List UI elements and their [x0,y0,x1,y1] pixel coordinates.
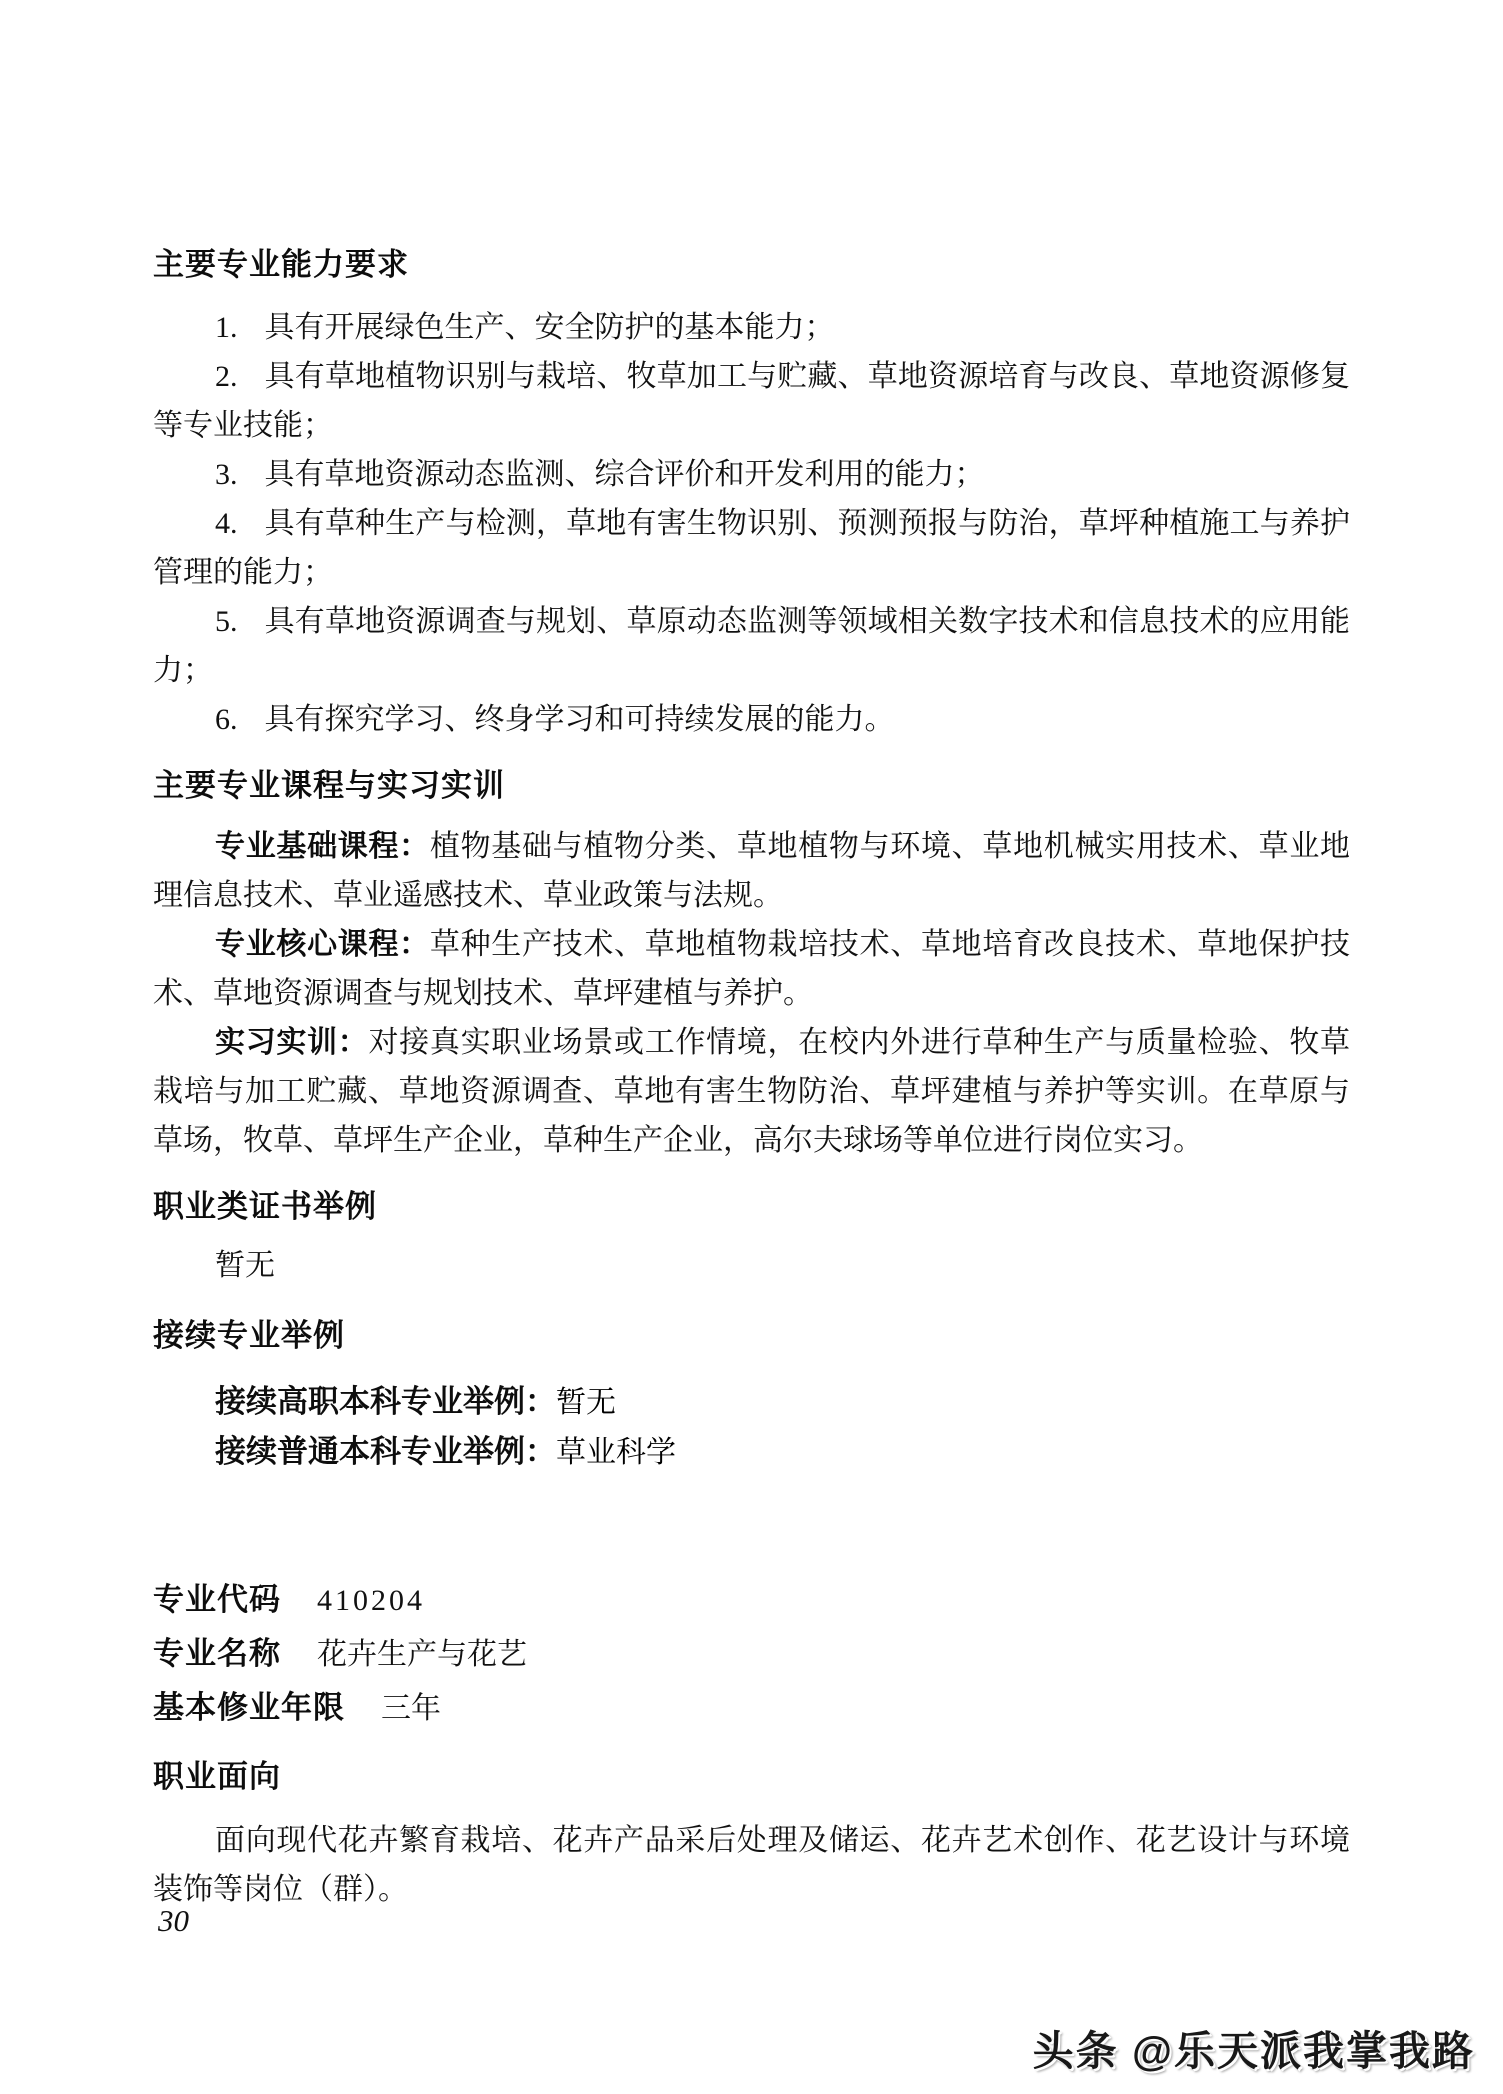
course-paragraph: 实习实训：对接真实职业场景或工作情境，在校内外进行草种生产与质量检验、牧草栽培与… [153,1018,1350,1165]
item-text: 具有草地资源动态监测、综合评价和开发利用的能力； [265,458,985,491]
ability-item: 6.具有探究学习、终身学习和可持续发展的能力。 [153,695,1350,744]
study-years-label: 基本修业年限 [153,1690,345,1725]
item-text: 具有草种生产与检测，草地有害生物识别、预测预报与防治，草坪种植施工与养护管理的能… [153,507,1350,589]
item-number: 1. [215,311,238,344]
page-number: 30 [158,1903,189,1939]
major-info-block: 专业代码410204 专业名称花卉生产与花艺 基本修业年限三年 [153,1576,1350,1738]
courses-paragraphs: 专业基础课程：植物基础与植物分类、草地植物与环境、草地机械实用技术、草业地理信息… [153,822,1350,1165]
item-number: 5. [215,605,238,638]
item-number: 4. [215,507,238,540]
certificates-heading: 职业类证书举例 [153,1189,1350,1225]
study-years-value: 三年 [381,1692,441,1725]
continuation-rows: 接续高职本科专业举例：暂无 接续普通本科专业举例：草业科学 [153,1377,1350,1477]
major-name-label: 专业名称 [153,1636,281,1671]
major-code-label: 专业代码 [153,1582,281,1617]
watermark: 头条 @乐天派我掌我路 [1033,2018,1475,2077]
career-heading: 职业面向 [153,1759,1350,1795]
career-body: 面向现代花卉繁育栽培、花卉产品采后处理及储运、花卉艺术创作、花艺设计与环境装饰等… [153,1816,1350,1914]
major-code-value: 410204 [317,1584,425,1617]
item-text: 具有开展绿色生产、安全防护的基本能力； [265,311,835,344]
certificates-body: 暂无 [153,1241,1350,1290]
continuation-label: 接续高职本科专业举例： [215,1384,556,1419]
item-number: 6. [215,703,238,736]
continuation-label: 接续普通本科专业举例： [215,1434,556,1469]
document-page: 主要专业能力要求 1.具有开展绿色生产、安全防护的基本能力； 2.具有草地植物识… [0,0,1503,2094]
continuation-heading: 接续专业举例 [153,1318,1350,1354]
ability-item: 2.具有草地植物识别与栽培、牧草加工与贮藏、草地资源培育与改良、草地资源修复等专… [153,352,1350,450]
course-paragraph: 专业核心课程：草种生产技术、草地植物栽培技术、草地培育改良技术、草地保护技术、草… [153,920,1350,1018]
major-name-row: 专业名称花卉生产与花艺 [153,1630,1350,1684]
ability-list: 1.具有开展绿色生产、安全防护的基本能力； 2.具有草地植物识别与栽培、牧草加工… [153,303,1350,744]
study-years-row: 基本修业年限三年 [153,1684,1350,1738]
course-label: 实习实训： [215,1026,368,1059]
ability-item: 4.具有草种生产与检测，草地有害生物识别、预测预报与防治，草坪种植施工与养护管理… [153,499,1350,597]
major-name-value: 花卉生产与花艺 [317,1638,527,1671]
page-content: 主要专业能力要求 1.具有开展绿色生产、安全防护的基本能力； 2.具有草地植物识… [153,247,1350,1914]
ability-item: 3.具有草地资源动态监测、综合评价和开发利用的能力； [153,450,1350,499]
continuation-row: 接续普通本科专业举例：草业科学 [153,1427,1350,1477]
course-label: 专业核心课程： [215,928,430,961]
item-number: 3. [215,458,238,491]
course-label: 专业基础课程： [215,830,430,863]
ability-item: 1.具有开展绿色生产、安全防护的基本能力； [153,303,1350,352]
item-number: 2. [215,360,238,393]
courses-heading: 主要专业课程与实习实训 [153,768,1350,804]
ability-heading: 主要专业能力要求 [153,247,1350,283]
item-text: 具有草地资源调查与规划、草原动态监测等领域相关数字技术和信息技术的应用能力； [153,605,1350,687]
continuation-value: 暂无 [556,1386,616,1419]
major-code-row: 专业代码410204 [153,1576,1350,1630]
ability-item: 5.具有草地资源调查与规划、草原动态监测等领域相关数字技术和信息技术的应用能力； [153,597,1350,695]
item-text: 具有草地植物识别与栽培、牧草加工与贮藏、草地资源培育与改良、草地资源修复等专业技… [153,360,1350,442]
course-paragraph: 专业基础课程：植物基础与植物分类、草地植物与环境、草地机械实用技术、草业地理信息… [153,822,1350,920]
continuation-row: 接续高职本科专业举例：暂无 [153,1377,1350,1427]
item-text: 具有探究学习、终身学习和可持续发展的能力。 [265,703,895,736]
continuation-value: 草业科学 [556,1436,676,1469]
